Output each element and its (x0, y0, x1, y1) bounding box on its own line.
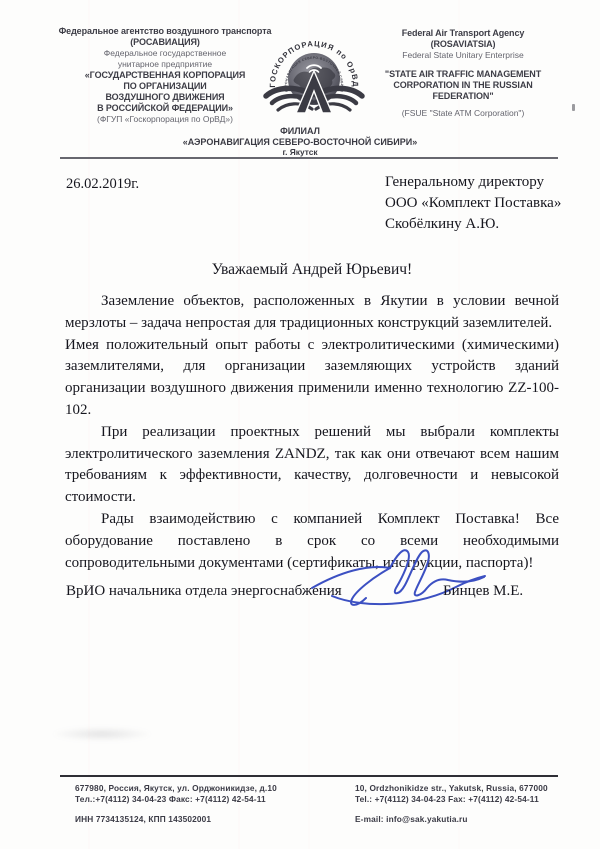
letterhead-line: Федеральное государственное (45, 48, 285, 59)
footer-inn: ИНН 7734135124, КПП 143502001 (75, 814, 277, 825)
letterhead-line: (ФГУП «Госкорпорация по ОрВД») (45, 114, 285, 125)
letter-date: 26.02.2019г. (66, 176, 139, 193)
letterhead-line: В РОССИЙСКОЙ ФЕДЕРАЦИИ» (45, 103, 285, 114)
signer-role: ВрИО начальника отдела энергоснабжения (66, 583, 342, 600)
letterhead-line: «ГОСУДАРСТВЕННАЯ КОРПОРАЦИЯ (45, 70, 285, 81)
branch-city: г. Якутск (0, 147, 600, 158)
letterhead-line: (FSUE "State ATM Corporation") (352, 108, 574, 119)
scan-speck (572, 104, 575, 111)
signature-ink-icon (306, 538, 488, 614)
branch-name: «АЭРОНАВИГАЦИЯ СЕВЕРО-ВОСТОЧНОЙ СИБИРИ» (0, 137, 600, 148)
footer-email: E-mail: info@sak.yakutia.ru (355, 814, 548, 825)
letter-body: Заземление объектов, расположенных в Яку… (65, 291, 559, 574)
handwritten-signature (306, 538, 488, 619)
salutation: Уважаемый Андрей Юрьевич! (65, 261, 559, 279)
body-paragraph: При реализации проектных решений мы выбр… (65, 422, 559, 509)
footer-address-en: 10, Ordzhonikidze str., Yakutsk, Russia,… (355, 783, 548, 794)
branch-block: ФИЛИАЛ «АЭРОНАВИГАЦИЯ СЕВЕРО-ВОСТОЧНОЙ С… (0, 126, 600, 158)
letterhead-line: ПО ОРГАНИЗАЦИИ (45, 81, 285, 92)
addressee-person: Скобёлкину А.Ю. (385, 214, 561, 235)
scanned-letter-page: Федеральное агентство воздушного транспо… (0, 0, 600, 849)
addressee-company: ООО «Комплект Поставка» (385, 193, 561, 214)
footer-phone-en: Tel.: +7(4112) 34-04-23 Fax: +7(4112) 42… (355, 794, 548, 805)
letterhead-line: (ROSAVIATSIA) (352, 39, 574, 50)
letterhead-line: Federal State Unitary Enterprise (352, 50, 574, 61)
letterhead-line: "STATE AIR TRAFFIC MANAGEMENT (352, 69, 574, 80)
letterhead-divider (60, 157, 558, 159)
footer-address-ru: 677980, Россия, Якутск, ул. Орджоникидзе… (75, 783, 277, 794)
addressee-title: Генеральному директору (385, 172, 561, 193)
letterhead-line: ВОЗДУШНОГО ДВИЖЕНИЯ (45, 92, 285, 103)
letterhead-english-block: Federal Air Transport Agency (ROSAVIATSI… (352, 28, 574, 119)
body-paragraph: Имея положительный опыт работы с электро… (65, 335, 559, 422)
letterhead-line: (РОСАВИАЦИЯ) (45, 37, 285, 48)
addressee-block: Генеральному директору ООО «Комплект Пос… (385, 172, 561, 235)
letterhead-line: Федеральное агентство воздушного транспо… (45, 26, 285, 37)
letterhead-line: унитарное предприятие (45, 59, 285, 70)
scan-smudge (52, 727, 152, 741)
footer-russian-block: 677980, Россия, Якутск, ул. Орджоникидзе… (75, 783, 277, 825)
footer-divider (60, 775, 558, 777)
footer-english-block: 10, Ordzhonikidze str., Yakutsk, Russia,… (355, 783, 548, 825)
letterhead-line: FEDERATION" (352, 91, 574, 102)
branch-title: ФИЛИАЛ (0, 126, 600, 137)
letterhead-russian-block: Федеральное агентство воздушного транспо… (45, 26, 285, 125)
signer-name: Бинцев М.Е. (443, 583, 523, 600)
letterhead-line: Federal Air Transport Agency (352, 28, 574, 39)
footer-phone-ru: Тел.:+7(4112) 34-04-23 Факс: +7(4112) 42… (75, 794, 277, 805)
letterhead-line: CORPORATION IN THE RUSSIAN (352, 80, 574, 91)
body-paragraph: Заземление объектов, расположенных в Яку… (65, 291, 559, 335)
